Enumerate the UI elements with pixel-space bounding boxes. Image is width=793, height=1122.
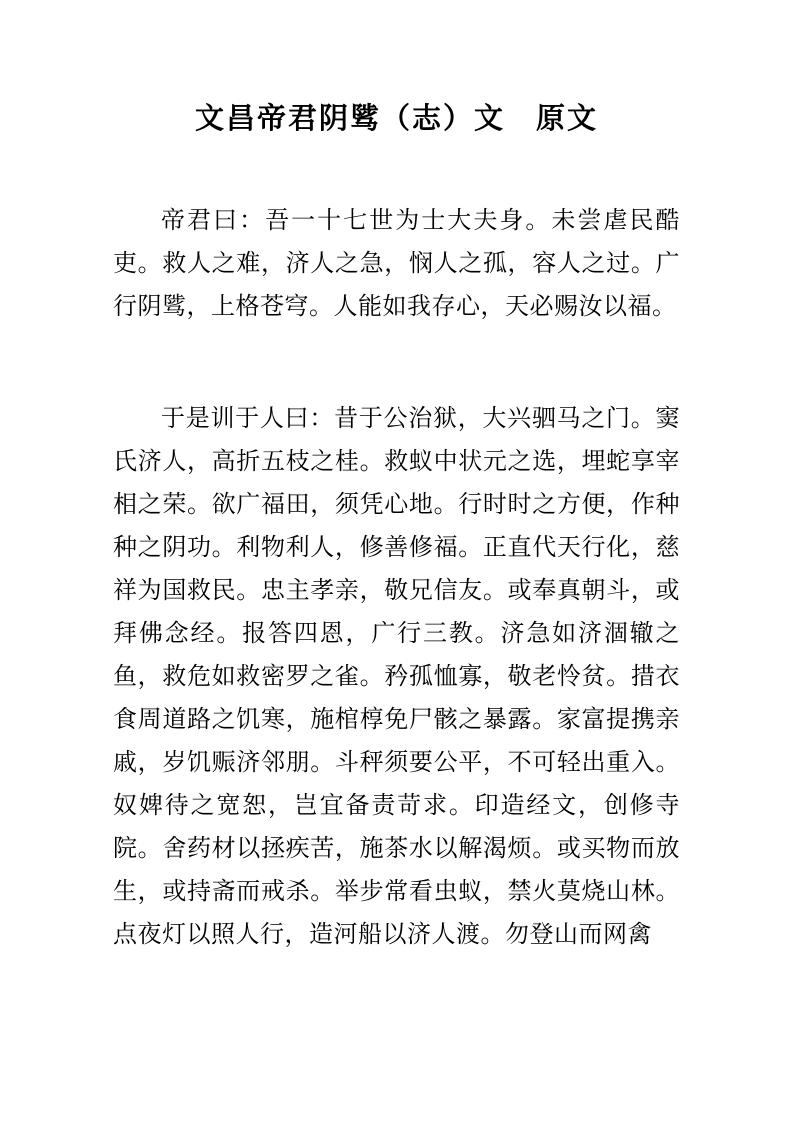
paragraph-1: 帝君曰：吾一十七世为士大夫身。未尝虐民酷吏。救人之难，济人之急，悯人之孤，容人之… bbox=[113, 200, 680, 329]
paragraph-2: 于是训于人曰：昔于公治狱，大兴驷马之门。窦氏济人，高折五枝之桂。救蚁中状元之选，… bbox=[113, 398, 680, 957]
document-page: 文昌帝君阴骘（志）文 原文 帝君曰：吾一十七世为士大夫身。未尝虐民酷吏。救人之难… bbox=[0, 0, 793, 1122]
document-title: 文昌帝君阴骘（志）文 原文 bbox=[113, 98, 680, 140]
